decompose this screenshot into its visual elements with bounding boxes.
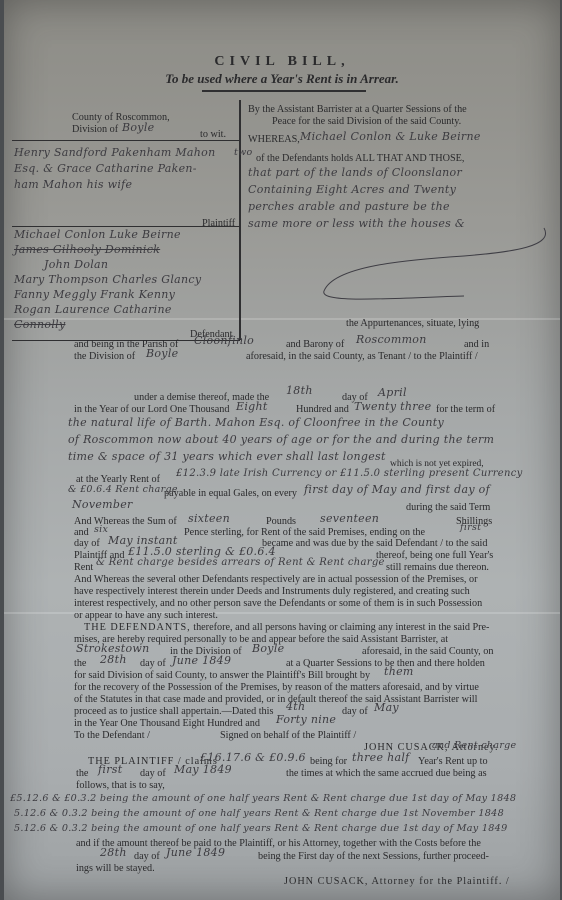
year-rest: Twenty three xyxy=(354,400,431,413)
plaintiff-line: Esq. & Grace Catharine Paken- xyxy=(14,162,197,175)
dated-month: May xyxy=(374,701,399,714)
sum-prefix: And Whereas the Sum of xyxy=(74,516,177,528)
follows-text: follows, that is to say, xyxy=(76,780,165,792)
body-line: interest respectively, and no other pers… xyxy=(74,598,482,610)
claim-day-of: day of xyxy=(140,768,166,780)
years-rent: Year's Rent up to xyxy=(418,756,488,768)
hearing-date: June 1849 xyxy=(172,654,231,667)
body-line: or appear to have any such interest. xyxy=(74,610,218,622)
term-line: of Roscommon now about 40 years of age o… xyxy=(68,433,494,446)
during-term: during the said Term xyxy=(406,502,490,514)
summons-line-4: for said Division of said County, to ans… xyxy=(74,670,370,682)
ending-day: first xyxy=(460,522,481,533)
plaintiff-line: ham Mahon his wife xyxy=(14,178,132,191)
whereas-names: Michael Conlon & Luke Beirne xyxy=(300,130,481,143)
term-of: for the term of xyxy=(436,404,495,416)
summons-line-5: for the recovery of the Possession of th… xyxy=(74,682,479,694)
gale-days: first day of May and first day of xyxy=(304,483,490,496)
remains-due: still remains due thereon. xyxy=(386,562,489,574)
year-prefix: in the Year of our Lord One Thousand xyxy=(74,404,229,416)
demise-day: 18th xyxy=(286,384,313,397)
became-text: became and was due by the said Defendant… xyxy=(262,538,487,550)
plaintiff-label: Plaintiff xyxy=(202,218,235,230)
tenant-text: aforesaid, in the said County, as Tenant… xyxy=(246,351,478,363)
claim-item: 5.12.6 & 0.3.2 being the amount of one h… xyxy=(14,823,508,834)
term-line: the natural life of Barth. Mahon Esq. of… xyxy=(68,416,444,429)
term-line: time & space of 31 years which ever shal… xyxy=(68,450,386,463)
venue-rule xyxy=(12,140,240,141)
defendant-line: John Dolan xyxy=(44,258,108,271)
plaintiff-line: Henry Sandford Pakenham Mahon xyxy=(14,146,215,159)
claim-item: £5.12.6 & £0.3.2 being the amount of one… xyxy=(10,793,516,804)
appurtenances: the Appurtenances, situate, lying xyxy=(346,318,479,330)
hearing-day: 28th xyxy=(100,653,127,666)
summons-text: therefore, and all persons having or cla… xyxy=(191,622,490,633)
civil-bill-document: CIVIL BILL, To be used where a Year's Re… xyxy=(4,0,560,900)
day-of: day of xyxy=(74,538,100,550)
hundred-and: Hundred and xyxy=(296,404,349,416)
rent-charge-note: and Rent charge xyxy=(432,740,516,751)
attorney-signature: JOHN CUSACK, Attorney for the Plaintiff.… xyxy=(284,876,510,888)
court-line-2: Peace for the said Division of the said … xyxy=(272,116,461,128)
dated-year: Forty nine xyxy=(276,713,336,726)
claim-month: May 1849 xyxy=(174,763,232,776)
summons-line-6: of the Statutes in that case made and pr… xyxy=(74,694,477,706)
summons-line-1: THE DEFENDANTS, therefore, and all perso… xyxy=(84,622,489,634)
to-defendant: To the Defendant / xyxy=(74,730,150,742)
court-line-1: By the Assistant Barrister at a Quarter … xyxy=(248,104,467,116)
the: the xyxy=(76,768,88,780)
dated-day-of: day of xyxy=(342,706,368,718)
defendant-line: Michael Conlon Luke Beirne xyxy=(14,228,181,241)
two-label: two xyxy=(234,147,253,158)
division-prefix: the Division of xyxy=(74,351,135,363)
claim-day: first xyxy=(98,763,122,776)
county-label: County of Roscommon, xyxy=(72,112,170,124)
rent-amount: £12.3.9 late Irish Currency or £11.5.0 s… xyxy=(176,468,523,479)
final-day: 28th xyxy=(100,846,127,859)
premises-line: Containing Eight Acres and Twenty xyxy=(248,183,456,196)
being-for: being for xyxy=(310,756,347,768)
premises-line: perches arable and pasture be the xyxy=(248,200,450,213)
sum-pence: six xyxy=(94,524,108,535)
claim-period: three half xyxy=(352,751,410,764)
demise-month: April xyxy=(378,386,407,399)
november: November xyxy=(72,498,133,511)
year-hundreds: Eight xyxy=(236,400,268,413)
dated-day: 4th xyxy=(286,700,305,713)
barony-label: and Barony of xyxy=(286,339,344,351)
day-of: day of xyxy=(140,658,166,670)
accrued-text: the times at which the same accrued due … xyxy=(286,768,487,780)
rent-payable: payable in equal Gales, on every xyxy=(164,488,297,500)
document-title: CIVIL BILL, xyxy=(4,54,560,70)
body-line: have respectively interest therein under… xyxy=(74,586,470,598)
parish-value: Cloonfinlo xyxy=(194,334,254,347)
division-label: Division of xyxy=(72,124,118,136)
defendant-line: Rogan Laurence Catharine xyxy=(14,303,172,316)
rent-charge-text: & Rent charge besides arrears of Rent & … xyxy=(96,557,385,568)
final-day-of: day of xyxy=(134,851,160,863)
defendant-line: Fanny Meggly Frank Kenny xyxy=(14,288,175,301)
flourish-scroll xyxy=(314,226,562,306)
summons-line-7: proceed as to justice shall appertain.—D… xyxy=(74,706,273,718)
rent-prefix-2: Rent xyxy=(74,562,93,574)
hearing-division: Boyle xyxy=(252,642,284,655)
rent-charge: & £0.6.4 Rent charge xyxy=(68,484,178,495)
body-line: And Whereas the several other Defendants… xyxy=(74,574,478,586)
the: the xyxy=(74,658,86,670)
defendant-line: Connolly xyxy=(14,318,65,331)
whereas-label: WHEREAS, xyxy=(248,134,300,146)
title-underline xyxy=(202,90,366,92)
sum-shillings: seventeen xyxy=(320,512,379,525)
division-value: Boyle xyxy=(122,121,154,134)
document-subtitle: To be used where a Year's Rent is in Arr… xyxy=(4,71,560,87)
aforesaid: aforesaid, in the said County, on xyxy=(362,646,493,658)
and-in: and in xyxy=(464,339,489,351)
premises-line: that part of the lands of Cloonslanor xyxy=(248,166,462,179)
sum-pounds: sixteen xyxy=(188,512,230,525)
by-whom: them xyxy=(384,665,414,678)
summons-line-8: in the Year One Thousand Eight Hundred a… xyxy=(74,718,260,730)
final-being: being the First day of the next Sessions… xyxy=(258,851,489,863)
claim-item: 5.12.6 & 0.3.2 being the amount of one h… xyxy=(14,808,504,819)
summons-lead: THE DEFENDANTS, xyxy=(84,622,191,633)
stayed-text: ings will be stayed. xyxy=(76,863,155,875)
signed-behalf: Signed on behalf of the Plaintiff / xyxy=(220,730,356,742)
final-date: June 1849 xyxy=(166,846,225,859)
full-year: thereof, being one full Year's xyxy=(376,550,493,562)
plaintiff-rule xyxy=(12,226,240,227)
division-value: Boyle xyxy=(146,347,178,360)
vertical-divider xyxy=(239,100,241,340)
defendants-holds: of the Defendants holds ALL THAT AND THO… xyxy=(256,153,464,165)
defendant-line: James Gilhooly Dominick xyxy=(14,243,160,256)
defendant-line: Mary Thompson Charles Glancy xyxy=(14,273,201,286)
barony-value: Roscommon xyxy=(356,333,427,346)
if-paid-text: and if the amount thereof be paid to the… xyxy=(76,838,481,850)
